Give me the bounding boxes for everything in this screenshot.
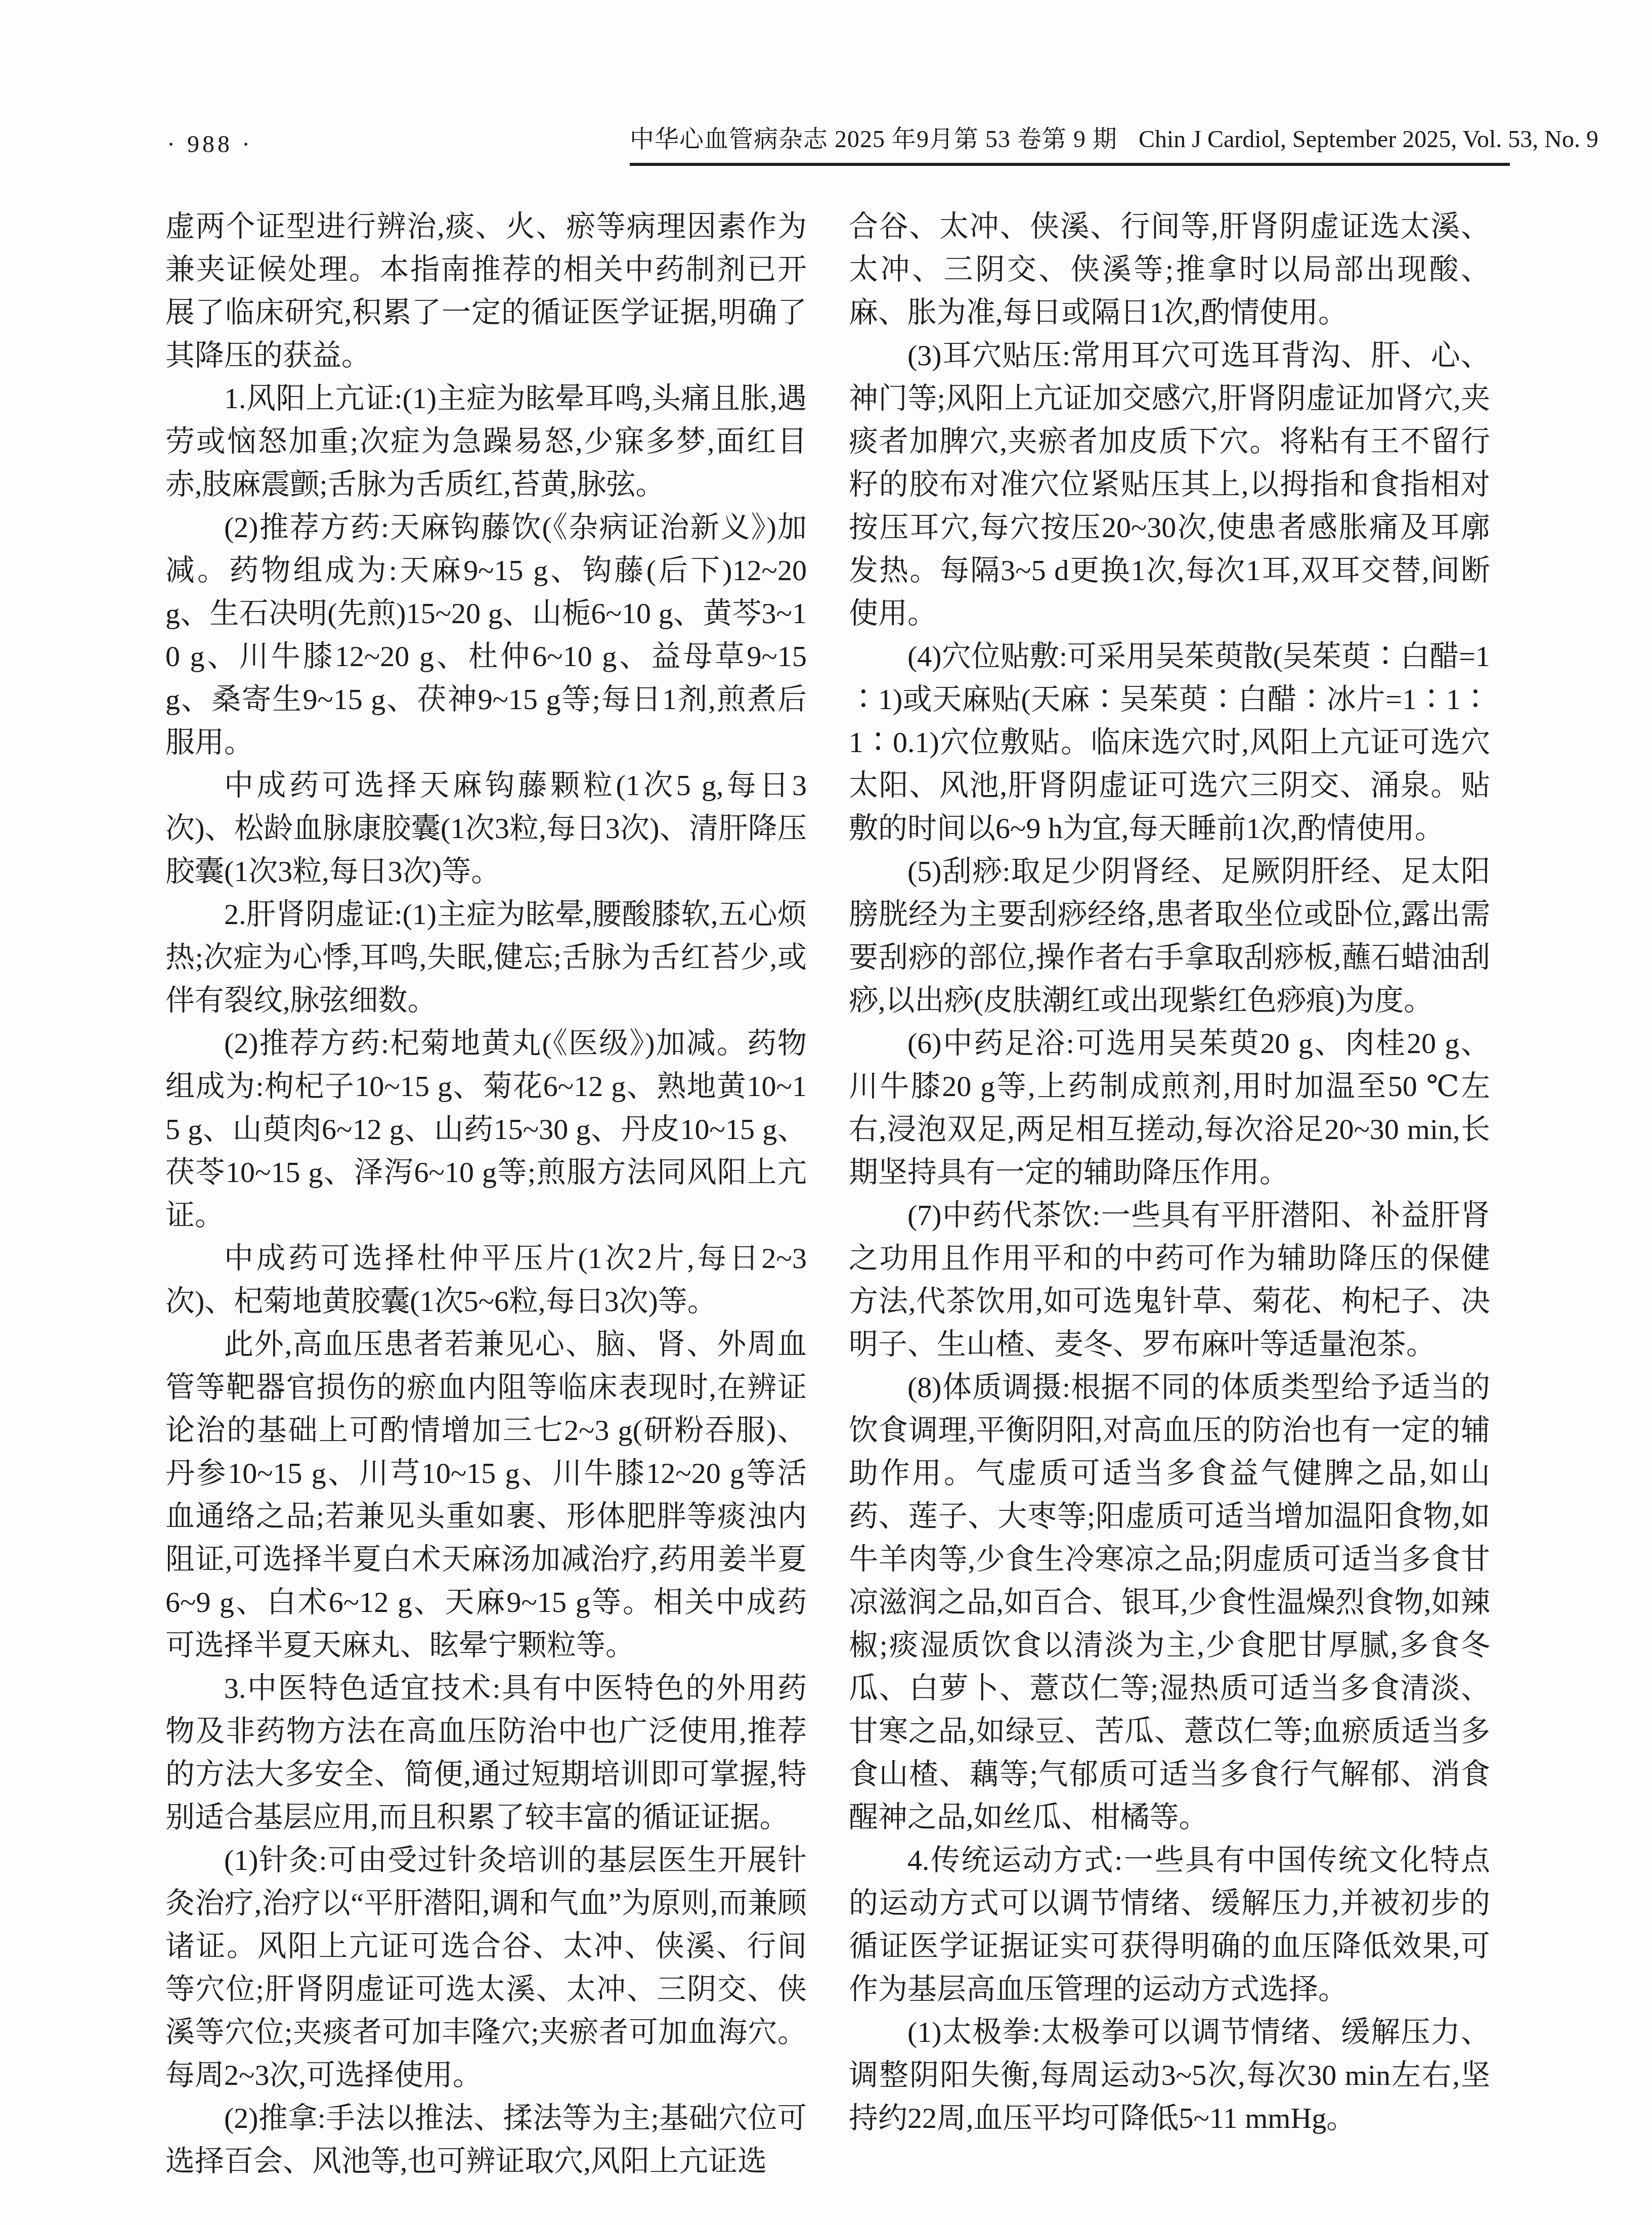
paragraph: 合谷、太冲、侠溪、行间等,肝肾阴虚证选太溪、太冲、三阴交、侠溪等;推拿时以局部出… (849, 205, 1490, 334)
journal-citation-chinese: 中华心血管病杂志 2025 年9月第 53 卷第 9 期 (630, 126, 1117, 153)
journal-citation: 中华心血管病杂志 2025 年9月第 53 卷第 9 期Chin J Cardi… (630, 124, 1510, 166)
page-number: · 988 · (167, 129, 253, 160)
paragraph: (5)刮痧:取足少阴肾经、足厥阴肝经、足太阳膀胱经为主要刮痧经络,患者取坐位或卧… (849, 850, 1490, 1022)
paragraph: 中成药可选择天麻钩藤颗粒(1次5 g,每日3次)、松龄血脉康胶囊(1次3粒,每日… (165, 764, 807, 893)
paragraph: (3)耳穴贴压:常用耳穴可选耳背沟、肝、心、神门等;风阳上亢证加交感穴,肝肾阴虚… (849, 334, 1490, 635)
right-column: 合谷、太冲、侠溪、行间等,肝肾阴虚证选太溪、太冲、三阴交、侠溪等;推拿时以局部出… (849, 205, 1490, 2140)
paragraph: (2)推荐方药:天麻钩藤饮(《杂病证治新义》)加减。药物组成为:天麻9~15 g… (165, 506, 807, 764)
paragraph: (1)太极拳:太极拳可以调节情绪、缓解压力、调整阴阳失衡,每周运动3~5次,每次… (849, 2011, 1490, 2140)
paragraph: 1.风阳上亢证:(1)主症为眩晕耳鸣,头痛且胀,遇劳或恼怒加重;次症为急躁易怒,… (165, 377, 807, 506)
paragraph: (1)针灸:可由受过针灸培训的基层医生开展针灸治疗,治疗以“平肝潜阳,调和气血”… (165, 1839, 807, 2097)
paragraph: (6)中药足浴:可选用吴茱萸20 g、肉桂20 g、川牛膝20 g等,上药制成煎… (849, 1022, 1490, 1194)
paragraph: 此外,高血压患者若兼见心、脑、肾、外周血管等靶器官损伤的瘀血内阻等临床表现时,在… (165, 1323, 807, 1667)
paragraph: 3.中医特色适宜技术:具有中医特色的外用药物及非药物方法在高血压防治中也广泛使用… (165, 1667, 807, 1839)
paragraph: (2)推拿:手法以推法、揉法等为主;基础穴位可选择百会、风池等,也可辨证取穴,风… (165, 2097, 807, 2183)
paragraph: 4.传统运动方式:一些具有中国传统文化特点的运动方式可以调节情绪、缓解压力,并被… (849, 1839, 1490, 2011)
paragraph: 虚两个证型进行辨治,痰、火、瘀等病理因素作为兼夹证候处理。本指南推荐的相关中药制… (165, 205, 807, 377)
paragraph: (7)中药代茶饮:一些具有平肝潜阳、补益肝肾之功用且作用平和的中药可作为辅助降压… (849, 1194, 1490, 1366)
paragraph: 中成药可选择杜仲平压片(1次2片,每日2~3次)、杞菊地黄胶囊(1次5~6粒,每… (165, 1237, 807, 1323)
paragraph: (2)推荐方药:杞菊地黄丸(《医级》)加减。药物组成为:枸杞子10~15 g、菊… (165, 1022, 807, 1237)
paragraph: (4)穴位贴敷:可采用吴茱萸散(吴茱萸∶白醋=1∶1)或天麻贴(天麻∶吴茱萸∶白… (849, 635, 1490, 850)
paragraph: (8)体质调摄:根据不同的体质类型给予适当的饮食调理,平衡阴阳,对高血压的防治也… (849, 1366, 1490, 1839)
paragraph: 2.肝肾阴虚证:(1)主症为眩晕,腰酸膝软,五心烦热;次症为心悸,耳鸣,失眠,健… (165, 893, 807, 1022)
left-column: 虚两个证型进行辨治,痰、火、瘀等病理因素作为兼夹证候处理。本指南推荐的相关中药制… (165, 205, 807, 2183)
journal-page: · 988 · 中华心血管病杂志 2025 年9月第 53 卷第 9 期Chin… (0, 0, 1652, 2225)
journal-citation-english: Chin J Cardiol, September 2025, Vol. 53,… (1139, 126, 1598, 153)
